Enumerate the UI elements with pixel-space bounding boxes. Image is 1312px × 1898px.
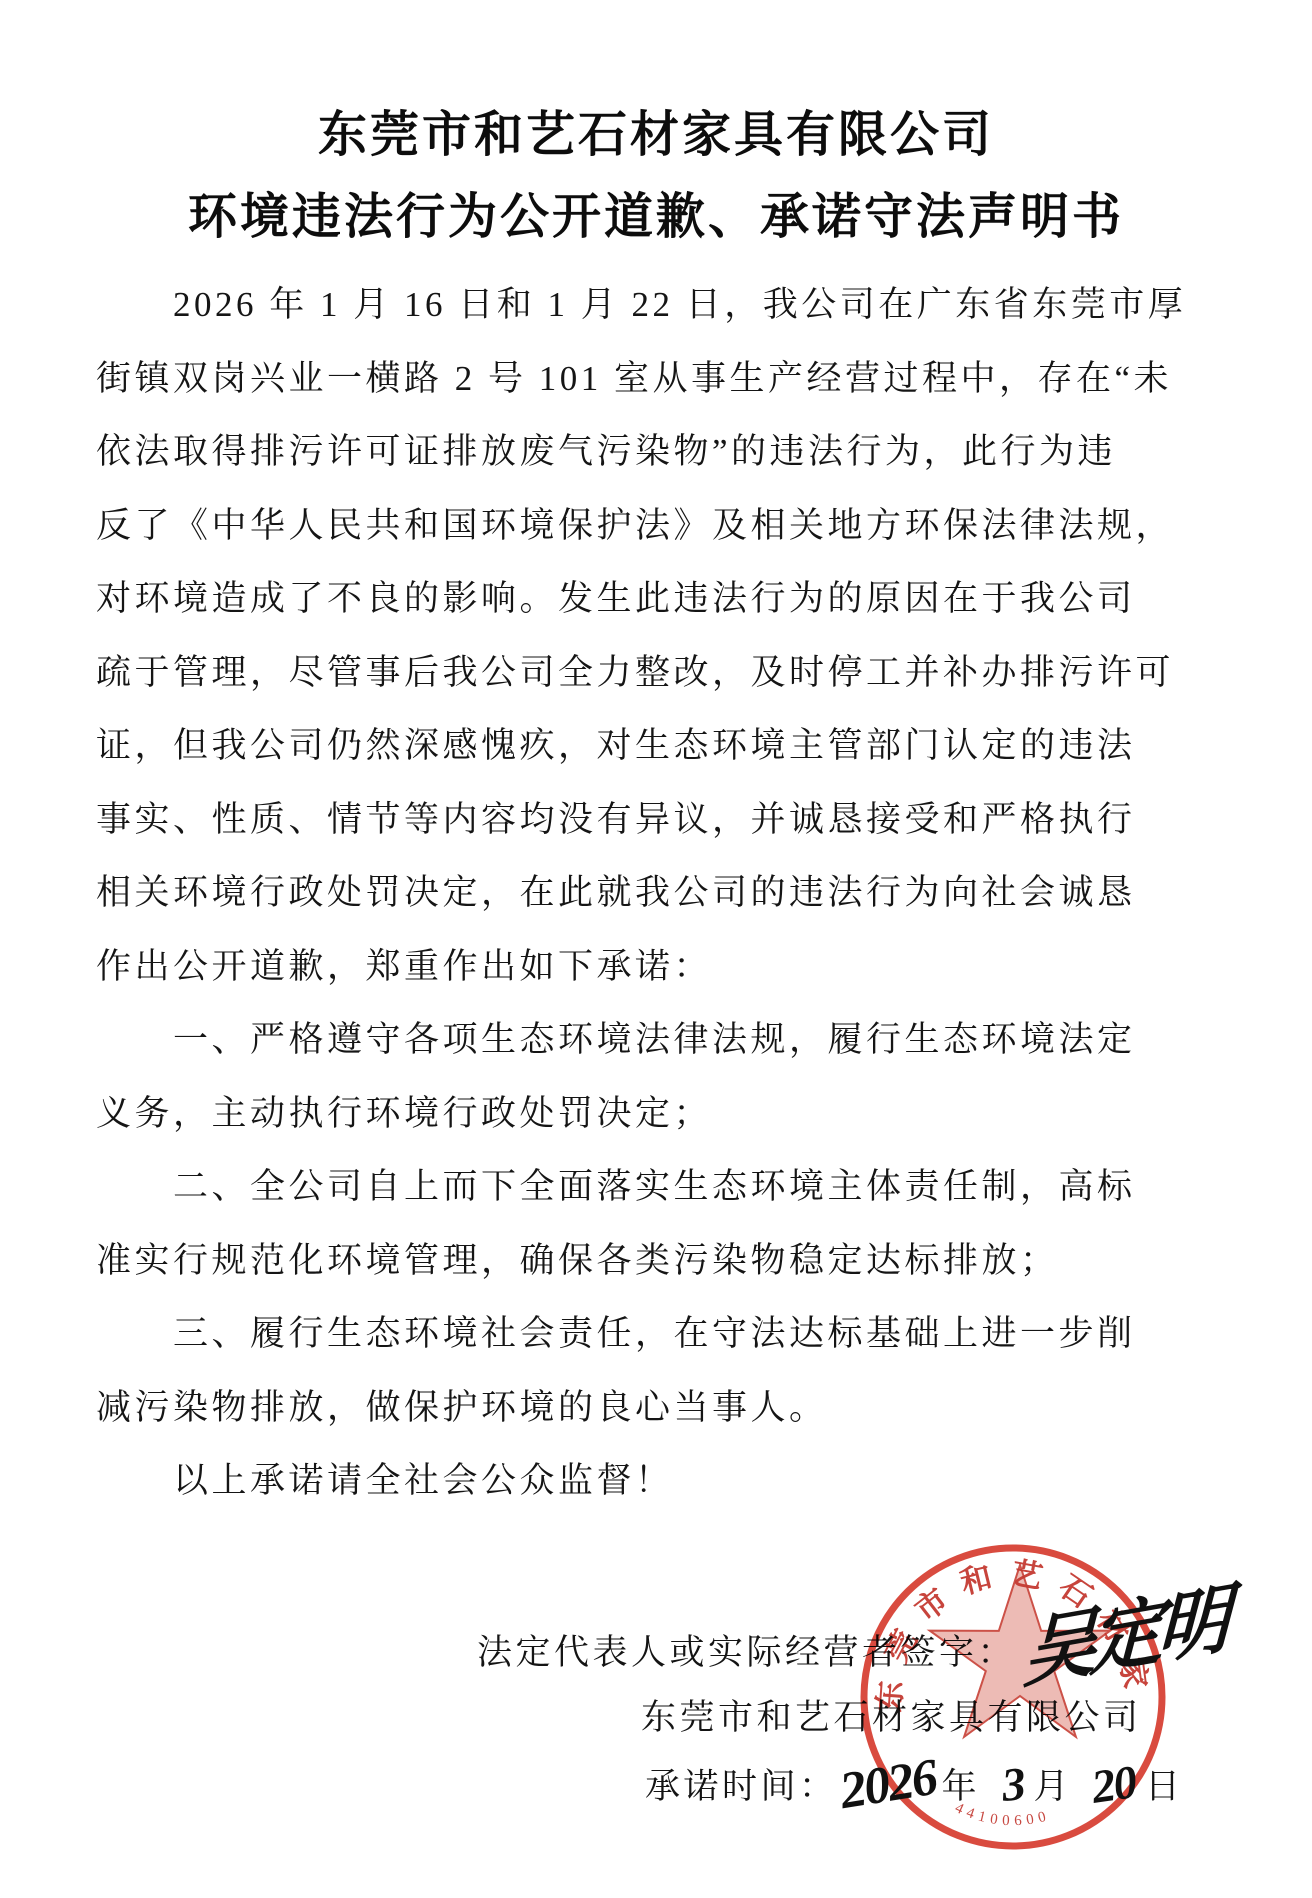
day-unit: 日: [1145, 1759, 1184, 1809]
document-page: 东莞市和艺石材家具有限公司 环境违法行为公开道歉、承诺守法声明书 2026 年 …: [0, 0, 1312, 1898]
body-line: 街镇双岗兴业一横路 2 号 101 室从事生产经营过程中，存在“未: [96, 342, 1236, 416]
document-body: 2026 年 1 月 16 日和 1 月 22 日，我公司在广东省东莞市厚街镇双…: [96, 268, 1236, 1518]
body-line: 疏于管理，尽管事后我公司全力整改，及时停工并补办排污许可: [96, 636, 1236, 710]
body-line: 证，但我公司仍然深感愧疚，对生态环境主管部门认定的违法: [96, 709, 1236, 783]
body-line: 以上承诺请全社会公众监督！: [96, 1444, 1236, 1518]
document-title-line1: 东莞市和艺石材家具有限公司: [0, 96, 1312, 166]
body-line: 准实行规范化环境管理，确保各类污染物稳定达标排放；: [96, 1224, 1236, 1298]
body-line: 三、履行生态环境社会责任，在守法达标基础上进一步削: [96, 1297, 1236, 1371]
body-line: 2026 年 1 月 16 日和 1 月 22 日，我公司在广东省东莞市厚: [96, 268, 1236, 342]
body-line: 相关环境行政处罚决定，在此就我公司的违法行为向社会诚恳: [96, 856, 1236, 930]
year-unit: 年: [942, 1759, 981, 1809]
body-line: 减污染物排放，做保护环境的良心当事人。: [96, 1371, 1236, 1445]
body-line: 义务，主动执行环境行政处罚决定；: [96, 1077, 1236, 1151]
handwritten-day: 20: [1088, 1755, 1138, 1814]
handwritten-month: 3: [1000, 1757, 1026, 1813]
body-line: 二、全公司自上而下全面落实生态环境主体责任制，高标: [96, 1150, 1236, 1224]
body-line: 反了《中华人民共和国环境保护法》及相关地方环保法律法规，: [96, 489, 1236, 563]
handwritten-year: 2026: [835, 1748, 939, 1821]
commitment-date-row: 承诺时间： 2026 年 3 月 20 日: [645, 1752, 1184, 1811]
body-line: 依法取得排污许可证排放废气污染物”的违法行为，此行为违: [96, 415, 1236, 489]
month-unit: 月: [1034, 1759, 1073, 1809]
body-line: 对环境造成了不良的影响。发生此违法行为的原因在于我公司: [96, 562, 1236, 636]
body-line: 事实、性质、情节等内容均没有异议，并诚恳接受和严格执行: [96, 783, 1236, 857]
body-line: 一、严格遵守各项生态环境法律法规，履行生态环境法定: [96, 1003, 1236, 1077]
date-label: 承诺时间：: [645, 1759, 838, 1809]
document-title-line2: 环境违法行为公开道歉、承诺守法声明书: [0, 178, 1312, 248]
body-line: 作出公开道歉，郑重作出如下承诺：: [96, 930, 1236, 1004]
